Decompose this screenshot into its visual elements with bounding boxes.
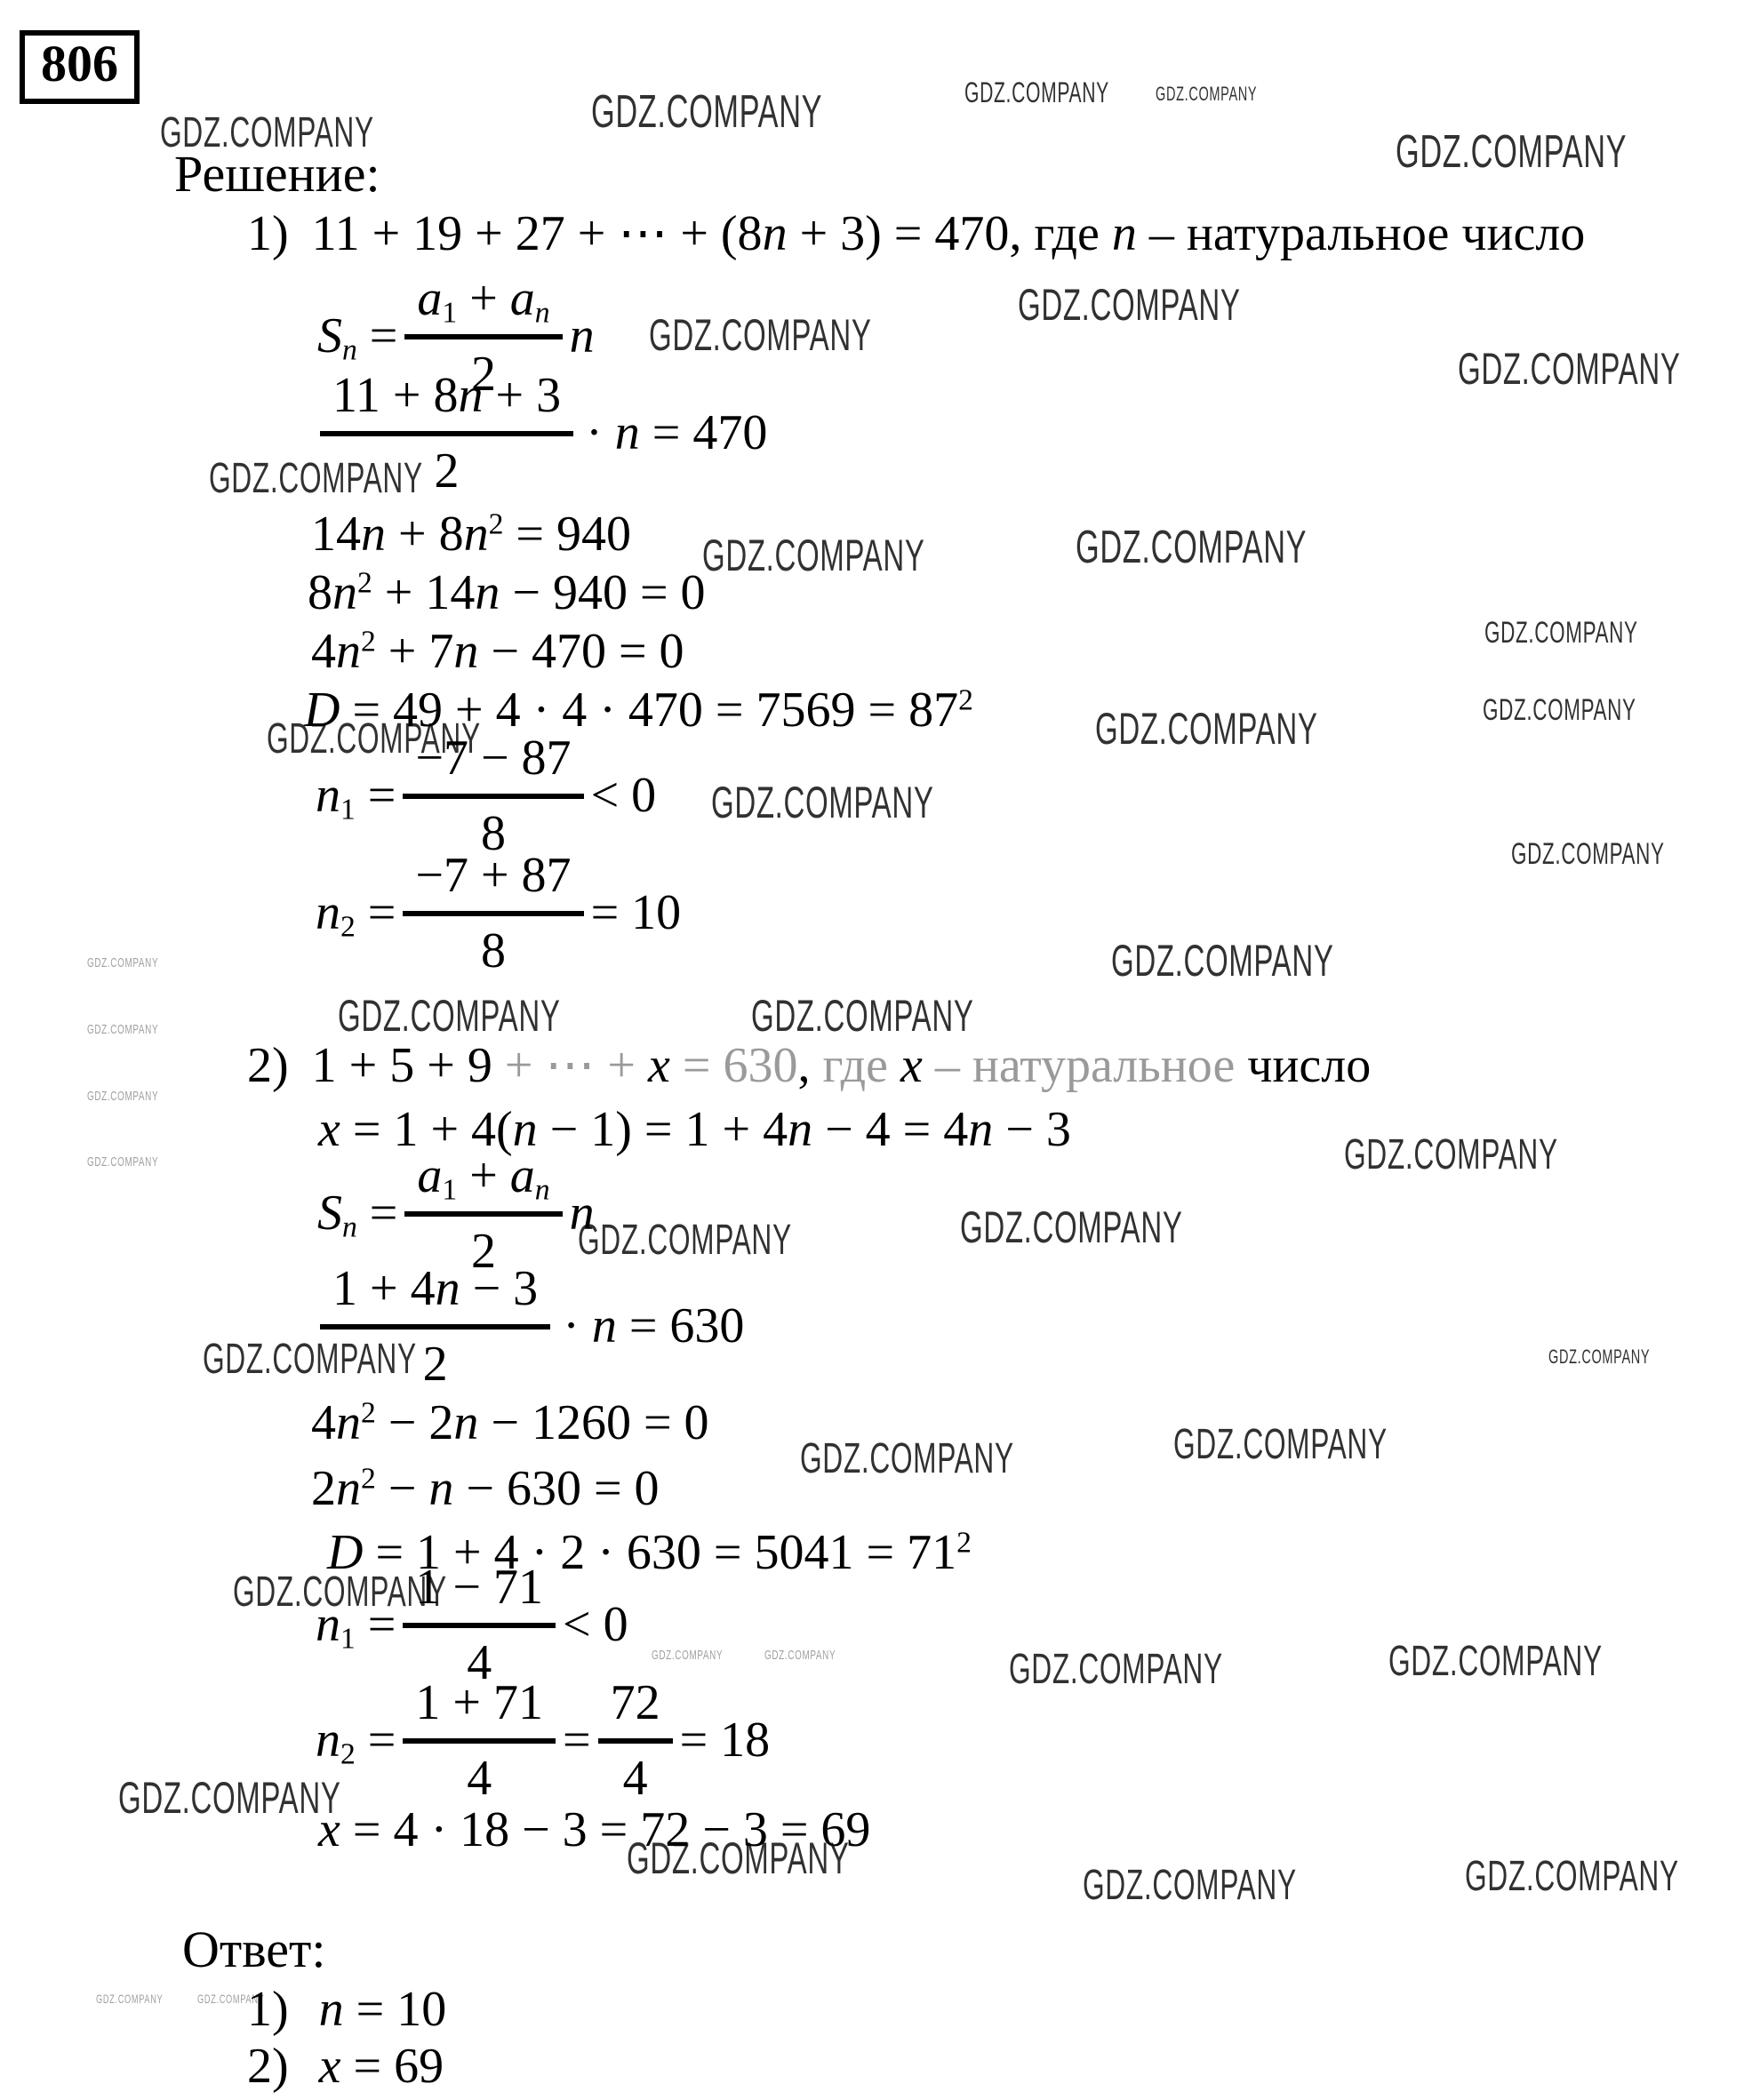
- part1-equation-2: 8n2 + 14n − 940 = 0: [308, 565, 706, 621]
- watermark: GDZ.COMPANY: [1483, 695, 1636, 725]
- root-rhs: < 0: [563, 1597, 628, 1653]
- answer-1-value: n = 10: [319, 1982, 447, 2037]
- root-lhs: n2 =: [316, 1713, 396, 1769]
- root-rhs: < 0: [591, 768, 657, 824]
- watermark: GDZ.COMPANY: [1018, 283, 1240, 327]
- part2-equation-2: 2n2 − n − 630 = 0: [311, 1461, 660, 1517]
- fraction-numerator: a1 + an: [404, 1148, 562, 1211]
- part2-substitution: 1 + 4n − 3 2 · n = 630: [313, 1261, 744, 1392]
- part2-x-value: x = 4 · 18 − 3 = 72 − 3 = 69: [318, 1802, 870, 1858]
- watermark: GDZ.COMPANY: [702, 533, 924, 578]
- watermark: GDZ.COMPANY: [591, 89, 822, 135]
- watermark: GDZ.COMPANY: [338, 994, 560, 1038]
- fraction: −7 + 87 8: [403, 848, 583, 978]
- answer-item-2: 2)x = 69: [247, 2039, 444, 2095]
- watermark: GDZ.COMPANY: [118, 1776, 340, 1820]
- watermark: GDZ.COMPANY: [964, 78, 1109, 107]
- watermark: GDZ.COMPANY: [87, 1155, 158, 1169]
- root-rhs: = 18: [680, 1713, 771, 1769]
- fraction: 11 + 8n + 3 2: [320, 368, 573, 499]
- watermark: GDZ.COMPANY: [1156, 84, 1257, 104]
- watermark: GDZ.COMPANY: [800, 1438, 1014, 1481]
- sum-lhs: Sn =: [317, 1186, 397, 1242]
- problem-number-box: 806: [20, 30, 140, 104]
- part1-root2: n2 = −7 + 87 8 = 10: [316, 848, 681, 978]
- watermark: GDZ.COMPANY: [1083, 1864, 1297, 1907]
- watermark: GDZ.COMPANY: [649, 313, 871, 357]
- fraction-denominator: 4: [403, 1738, 556, 1807]
- watermark: GDZ.COMPANY: [87, 1090, 158, 1103]
- watermark: GDZ.COMPANY: [1396, 129, 1627, 175]
- root-lhs: n1 =: [316, 1597, 396, 1653]
- fraction-numerator: −7 + 87: [403, 848, 583, 911]
- fraction: 72 4: [598, 1675, 673, 1806]
- fraction: 1 − 71 4: [403, 1560, 556, 1690]
- watermark: GDZ.COMPANY: [711, 780, 933, 825]
- watermark: GDZ.COMPANY: [1009, 1649, 1223, 1691]
- fraction-numerator: 11 + 8n + 3: [320, 368, 573, 431]
- part1-statement-line: 1)11 + 19 + 27 + ⋯ + (8n + 3) = 470, где…: [247, 206, 1585, 262]
- watermark: GDZ.COMPANY: [1484, 618, 1638, 648]
- sum-rhs: n: [570, 308, 595, 364]
- fraction-denominator: 8: [403, 911, 583, 979]
- watermark: GDZ.COMPANY: [751, 994, 973, 1038]
- watermark: GDZ.COMPANY: [87, 956, 158, 970]
- answer-1-label: 1): [247, 1982, 289, 2038]
- fraction: 1 + 4n − 3 2: [320, 1261, 550, 1392]
- fraction: 1 + 71 4: [403, 1675, 556, 1806]
- fraction-numerator: 1 + 71: [403, 1675, 556, 1738]
- watermark: GDZ.COMPANY: [96, 1992, 163, 2005]
- answer-heading: Ответ:: [182, 1920, 325, 1979]
- part2-statement: 1 + 5 + 9 + ⋯ + x = 630, где x – натурал…: [312, 1038, 1372, 1093]
- part1-equation-3: 4n2 + 7n − 470 = 0: [311, 624, 684, 680]
- fraction-denominator: 2: [320, 431, 573, 499]
- fraction-numerator: 1 + 4n − 3: [320, 1261, 550, 1324]
- part2-root2: n2 = 1 + 71 4 = 72 4 = 18: [316, 1675, 770, 1806]
- fraction-numerator: −7 − 87: [403, 731, 583, 794]
- watermark: GDZ.COMPANY: [652, 1649, 723, 1662]
- fraction: −7 − 87 8: [403, 731, 583, 861]
- part2-statement-line: 2)1 + 5 + 9 + ⋯ + x = 630, где x – натур…: [247, 1038, 1371, 1094]
- watermark: GDZ.COMPANY: [1095, 707, 1317, 751]
- fraction-numerator: 72: [598, 1675, 673, 1738]
- part1-label: 1): [247, 206, 289, 262]
- answer-item-1: 1)n = 10: [247, 1982, 446, 2038]
- part2-root1: n1 = 1 − 71 4 < 0: [316, 1560, 628, 1690]
- fraction-denominator: 2: [320, 1324, 550, 1393]
- part2-sum-formula: Sn = a1 + an 2 n: [317, 1148, 595, 1279]
- watermark: GDZ.COMPANY: [87, 1023, 158, 1036]
- equation-rhs: · n = 470: [586, 405, 767, 461]
- part1-statement: 11 + 19 + 27 + ⋯ + (8n + 3) = 470, где n…: [312, 206, 1586, 261]
- root-lhs: n1 =: [316, 768, 396, 824]
- root-rhs: = 10: [591, 885, 682, 941]
- sum-rhs: n: [570, 1186, 595, 1242]
- watermark: GDZ.COMPANY: [1548, 1347, 1650, 1367]
- watermark: GDZ.COMPANY: [764, 1649, 836, 1662]
- solution-heading: Решение:: [174, 144, 380, 204]
- watermark: GDZ.COMPANY: [1111, 938, 1333, 983]
- fraction-denominator: 4: [598, 1738, 673, 1807]
- fraction: a1 + an 2: [404, 1148, 562, 1279]
- answer-2-value: x = 69: [319, 2039, 444, 2094]
- watermark: GDZ.COMPANY: [1465, 1856, 1679, 1898]
- fraction-numerator: a1 + an: [404, 271, 562, 334]
- sum-lhs: Sn =: [317, 308, 397, 364]
- watermark: GDZ.COMPANY: [578, 1219, 792, 1262]
- part1-substitution: 11 + 8n + 3 2 · n = 470: [313, 368, 767, 499]
- watermark: GDZ.COMPANY: [1173, 1424, 1388, 1466]
- problem-number: 806: [41, 35, 118, 92]
- part1-equation-1: 14n + 8n2 = 940: [311, 507, 631, 563]
- equals-sign: =: [563, 1713, 591, 1769]
- watermark: GDZ.COMPANY: [1344, 1134, 1558, 1177]
- watermark: GDZ.COMPANY: [1511, 839, 1665, 869]
- root-lhs: n2 =: [316, 885, 396, 941]
- answer-2-label: 2): [247, 2039, 289, 2095]
- solution-page: GDZ.COMPANYGDZ.COMPANYGDZ.COMPANYGDZ.COM…: [0, 0, 1752, 2100]
- part2-label: 2): [247, 1038, 289, 1094]
- watermark: GDZ.COMPANY: [960, 1205, 1182, 1250]
- part2-equation-1: 4n2 − 2n − 1260 = 0: [311, 1395, 709, 1451]
- part1-root1: n1 = −7 − 87 8 < 0: [316, 731, 656, 861]
- watermark: GDZ.COMPANY: [1458, 347, 1680, 391]
- fraction-numerator: 1 − 71: [403, 1560, 556, 1623]
- equation-rhs: · n = 630: [563, 1298, 744, 1354]
- watermark: GDZ.COMPANY: [1388, 1641, 1603, 1683]
- watermark: GDZ.COMPANY: [1076, 524, 1307, 571]
